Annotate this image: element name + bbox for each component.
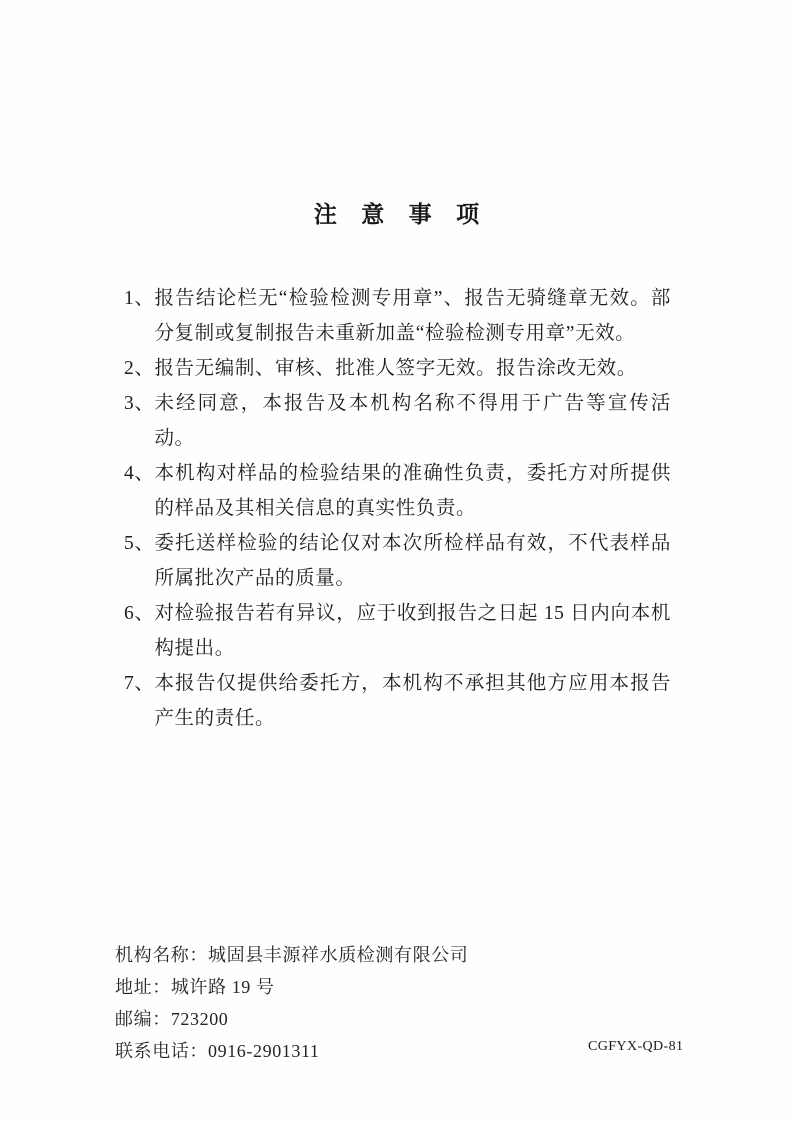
note-number: 5、 — [124, 526, 154, 561]
list-item: 2、 报告无编制、审核、批准人签字无效。报告涂改无效。 — [124, 351, 671, 386]
page-title: 注 意 事 项 — [0, 196, 793, 229]
org-phone-line: 联系电话：0916-2901311 — [115, 1035, 585, 1067]
note-number: 1、 — [124, 281, 154, 316]
org-name-line: 机构名称：城固县丰源祥水质检测有限公司 — [115, 939, 585, 971]
org-address-label: 地址： — [115, 977, 171, 997]
note-number: 6、 — [124, 596, 154, 631]
note-text: 委托送样检验的结论仅对本次所检样品有效，不代表样品所属批次产品的质量。 — [154, 526, 671, 596]
org-phone-label: 联系电话： — [115, 1041, 208, 1061]
org-name-label: 机构名称： — [115, 945, 208, 965]
org-address-line: 地址：城许路 19 号 — [115, 971, 585, 1003]
org-address-value: 城许路 19 号 — [171, 977, 275, 997]
note-text: 报告无编制、审核、批准人签字无效。报告涂改无效。 — [154, 351, 671, 386]
note-text: 对检验报告若有异议，应于收到报告之日起 15 日内向本机构提出。 — [154, 596, 671, 666]
list-item: 4、 本机构对样品的检验结果的准确性负责，委托方对所提供的样品及其相关信息的真实… — [124, 456, 671, 526]
note-number: 3、 — [124, 386, 154, 421]
list-item: 6、 对检验报告若有异议，应于收到报告之日起 15 日内向本机构提出。 — [124, 596, 671, 666]
list-item: 3、 未经同意，本报告及本机构名称不得用于广告等宣传活动。 — [124, 386, 671, 456]
org-postcode-line: 邮编：723200 — [115, 1003, 585, 1035]
org-phone-value: 0916-2901311 — [208, 1041, 320, 1061]
note-number: 2、 — [124, 351, 154, 386]
list-item: 5、 委托送样检验的结论仅对本次所检样品有效，不代表样品所属批次产品的质量。 — [124, 526, 671, 596]
note-text: 报告结论栏无“检验检测专用章”、报告无骑缝章无效。部分复制或复制报告未重新加盖“… — [154, 281, 671, 351]
notice-page: 注 意 事 项 1、 报告结论栏无“检验检测专用章”、报告无骑缝章无效。部分复制… — [0, 0, 793, 1122]
note-text: 本机构对样品的检验结果的准确性负责，委托方对所提供的样品及其相关信息的真实性负责… — [154, 456, 671, 526]
org-postcode-label: 邮编： — [115, 1009, 171, 1029]
list-item: 1、 报告结论栏无“检验检测专用章”、报告无骑缝章无效。部分复制或复制报告未重新… — [124, 281, 671, 351]
organization-info: 机构名称：城固县丰源祥水质检测有限公司 地址：城许路 19 号 邮编：72320… — [115, 939, 585, 1067]
document-code: CGFYX-QD-81 — [588, 1039, 683, 1055]
org-name-value: 城固县丰源祥水质检测有限公司 — [208, 945, 468, 965]
note-number: 4、 — [124, 456, 154, 491]
org-postcode-value: 723200 — [171, 1009, 229, 1029]
note-text: 未经同意，本报告及本机构名称不得用于广告等宣传活动。 — [154, 386, 671, 456]
note-number: 7、 — [124, 666, 154, 701]
list-item: 7、 本报告仅提供给委托方，本机构不承担其他方应用本报告产生的责任。 — [124, 666, 671, 736]
notes-list: 1、 报告结论栏无“检验检测专用章”、报告无骑缝章无效。部分复制或复制报告未重新… — [124, 281, 671, 736]
note-text: 本报告仅提供给委托方，本机构不承担其他方应用本报告产生的责任。 — [154, 666, 671, 736]
